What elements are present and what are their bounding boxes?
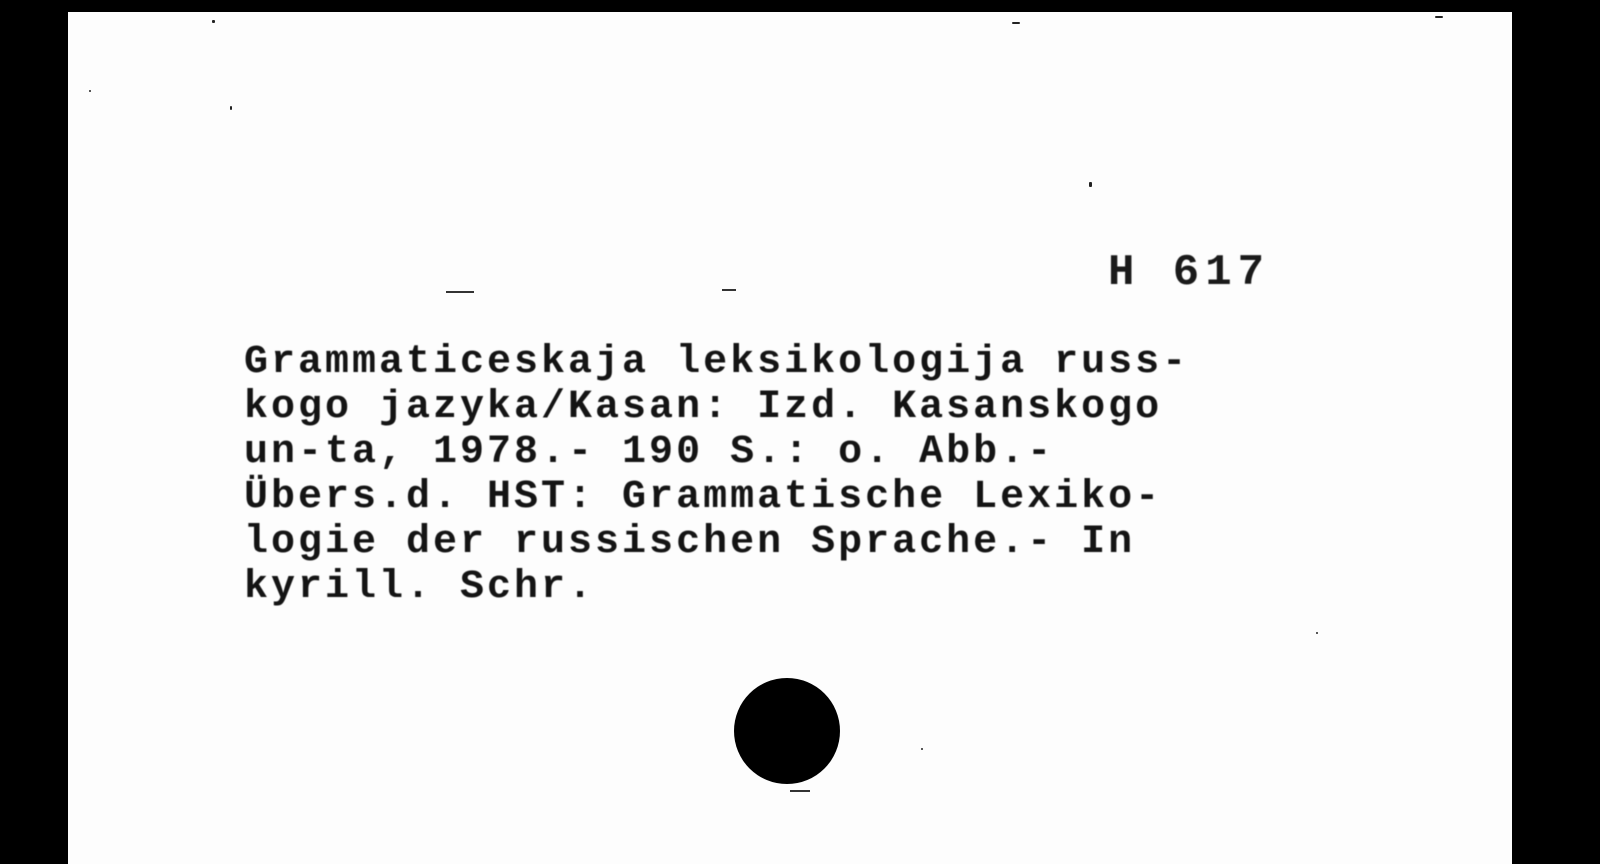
scan-speck (1089, 182, 1092, 187)
scan-mark (446, 291, 474, 293)
bibliographic-entry: Grammaticeskaja leksikologija russ- kogo… (244, 340, 1189, 610)
scan-mark (790, 790, 810, 792)
entry-line: Übers.d. HST: Grammatische Lexiko- (244, 475, 1189, 520)
call-number: H 617 (1108, 248, 1270, 298)
scan-speck (230, 106, 232, 110)
punch-hole (734, 678, 840, 784)
scan-speck (89, 90, 91, 92)
scan-frame: H 617 Grammaticeskaja leksikologija russ… (0, 0, 1600, 864)
scan-speck (1316, 632, 1318, 634)
entry-line: un-ta, 1978.- 190 S.: o. Abb.- (244, 430, 1189, 475)
scan-mark (722, 289, 736, 291)
entry-line: Grammaticeskaja leksikologija russ- (244, 340, 1189, 385)
catalog-card: H 617 Grammaticeskaja leksikologija russ… (68, 12, 1512, 864)
entry-line: logie der russischen Sprache.- In (244, 520, 1189, 565)
scan-speck (1435, 16, 1443, 18)
scan-speck (1012, 22, 1020, 24)
scan-speck (212, 20, 215, 23)
entry-line: kyrill. Schr. (244, 565, 1189, 610)
scan-speck (921, 748, 923, 750)
entry-line: kogo jazyka/Kasan: Izd. Kasanskogo (244, 385, 1189, 430)
